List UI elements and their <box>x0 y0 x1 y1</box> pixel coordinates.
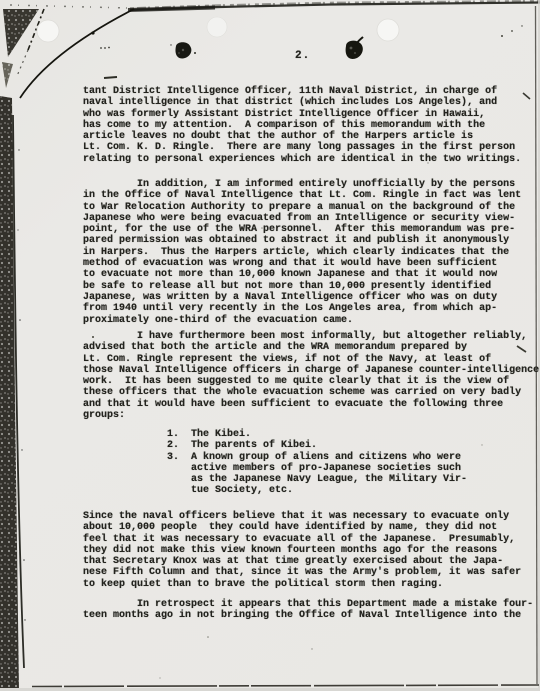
document-text: 2. tant District Intelligence Officer, 1… <box>0 0 540 691</box>
page-number: 2. <box>295 50 310 62</box>
numbered-list-groups: 1. The Kibei. 2. The parents of Kibei. 3… <box>83 429 467 497</box>
paragraph-in-addition: In addition, I am informed entirely unof… <box>83 179 521 326</box>
paragraph-opening: tant District Intelligence Officer, 11th… <box>83 86 521 165</box>
scanned-document-page: 2. tant District Intelligence Officer, 1… <box>0 0 540 691</box>
paragraph-since-naval-officers: Since the naval officers believe that it… <box>83 511 521 590</box>
paragraph-furthermore: I have furthermore been most informally,… <box>83 331 539 421</box>
paragraph-in-retrospect: In retrospect it appears that this Depar… <box>83 599 533 622</box>
